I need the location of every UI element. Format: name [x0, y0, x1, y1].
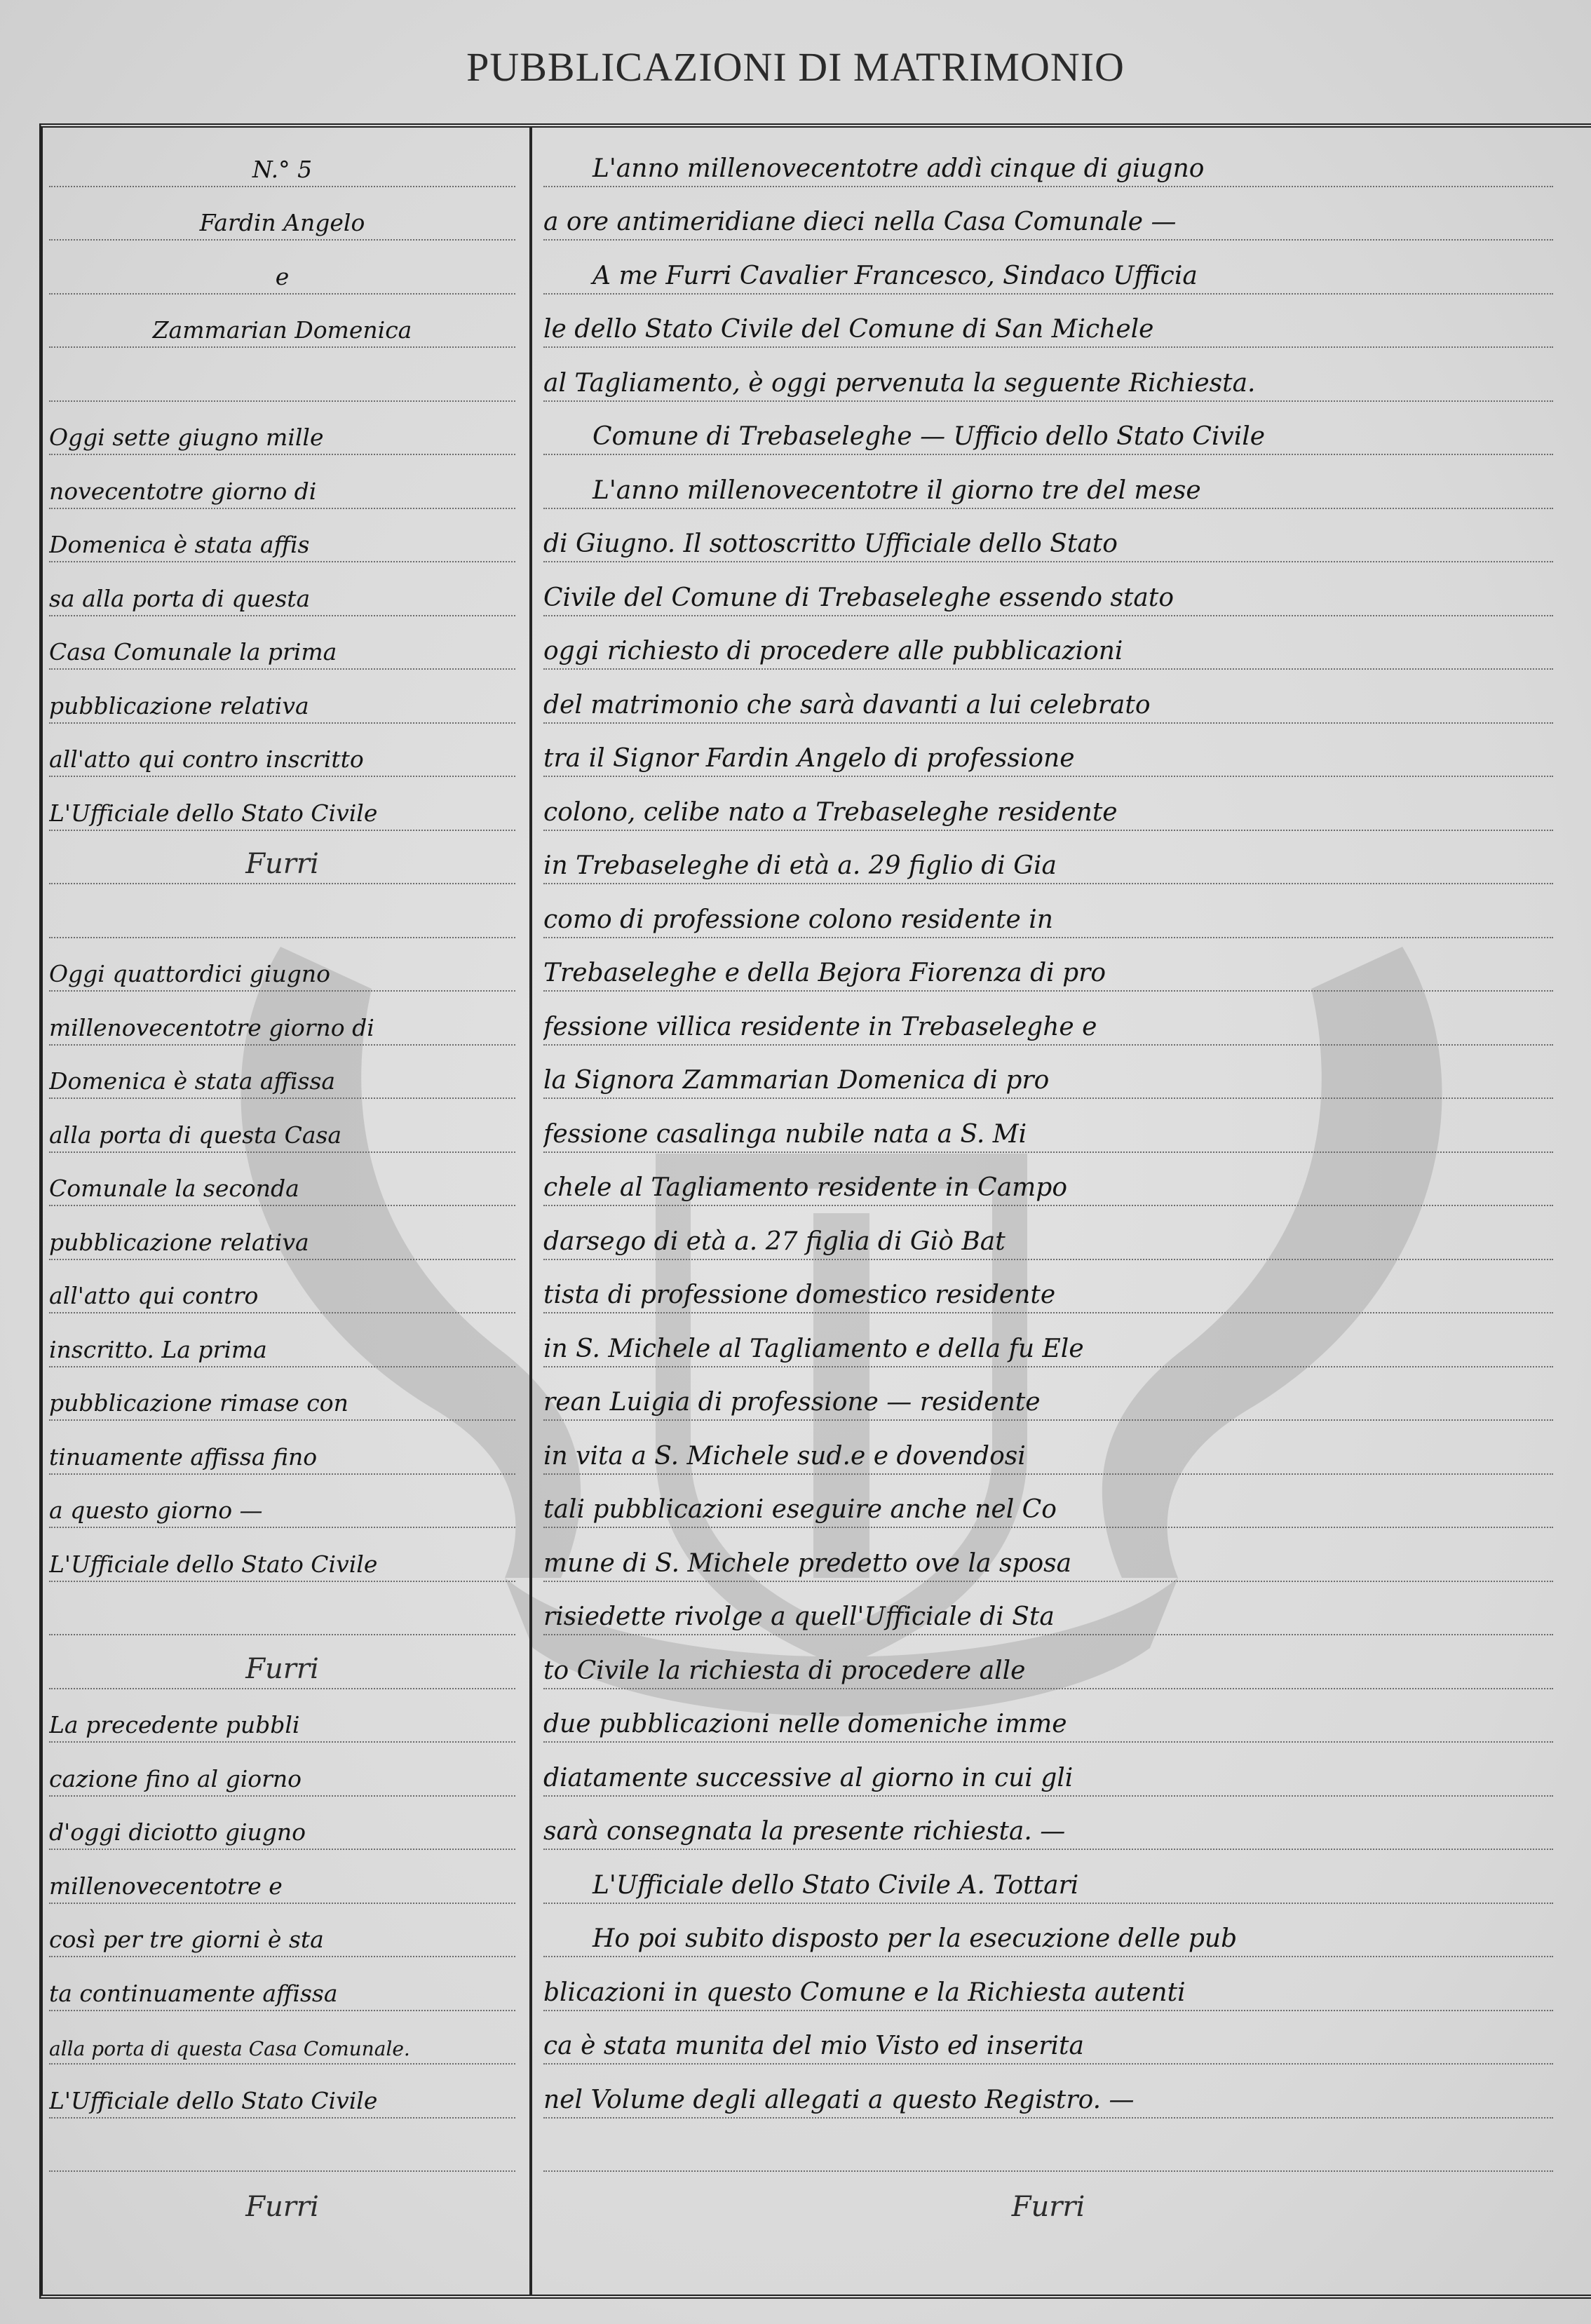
note-line-text: tinuamente affissa fino — [49, 1443, 317, 1471]
note-line: così per tre giorni è sta — [49, 1904, 515, 1958]
act-line: „la Signora Zammarian Domenica di pro — [543, 1046, 1553, 1100]
note-line-text: all'atto qui contro inscritto — [49, 745, 364, 773]
note-line-text: all'atto qui contro — [49, 1282, 258, 1309]
second-publication-note: Oggi quattordici giugno millenovecentotr… — [49, 938, 515, 1689]
note-line-text: pubblicazione relativa — [49, 692, 309, 720]
note-line: d'oggi diciotto giugno — [49, 1797, 515, 1851]
note-line-text: cazione fino al giorno — [49, 1765, 302, 1792]
act-line-text: to Civile la richiesta di procedere alle — [543, 1656, 1025, 1685]
groom-name: Fardin Angelo — [49, 187, 515, 241]
note-line: novecentotre giorno di — [49, 455, 515, 509]
act-line-text: Comune di Trebaseleghe — Ufficio dello S… — [593, 422, 1265, 451]
act-line-text: sarà consegnata la presente richiesta. — — [543, 1817, 1065, 1846]
signature-line: Furri — [49, 1635, 515, 1689]
first-publication-note: Oggi sette giugno mille novecentotre gio… — [49, 402, 515, 885]
note-line: Casa Comunale la prima — [49, 616, 515, 670]
act-line: „del matrimonio che sarà davanti a lui c… — [543, 670, 1553, 724]
act-line: a ore antimeridiane dieci nella Casa Com… — [543, 187, 1553, 241]
note-line: Oggi quattordici giugno — [49, 938, 515, 992]
act-line-text: a ore antimeridiane dieci nella Casa Com… — [543, 208, 1177, 236]
act-line-text: L'Ufficiale dello Stato Civile A. Tottar… — [593, 1871, 1078, 1900]
act-line-text: Civile del Comune di Trebaseleghe essend… — [543, 583, 1174, 612]
act-line-text: risiedette rivolge a quell'Ufficiale di … — [543, 1602, 1055, 1631]
blank-line — [49, 348, 515, 402]
act-line-text: Ho poi subito disposto per la esecuzione… — [593, 1924, 1237, 1953]
signature-line: Furri — [543, 2172, 1553, 2226]
act-number-text: N.° 5 — [252, 156, 312, 183]
act-line: „fessione villica residente in Trebasele… — [543, 992, 1553, 1046]
act-line: A me Furri Cavalier Francesco, Sindaco U… — [543, 241, 1553, 295]
act-line: „oggi richiesto di procedere alle pubbli… — [543, 616, 1553, 670]
bride-name-text: Zammarian Domenica — [153, 316, 412, 344]
act-number: N.° 5 — [49, 133, 515, 187]
act-line: „L'anno millenovecentotre il giorno tre … — [543, 455, 1553, 509]
note-line: alla porta di questa Casa Comunale. — [49, 2011, 515, 2065]
act-line-text: chele al Tagliamento residente in Campo — [543, 1173, 1067, 1202]
note-line: a questo giorno — — [49, 1475, 515, 1529]
note-line-text: Domenica è stata affissa — [49, 1067, 335, 1095]
note-line-text: Comunale la seconda — [49, 1175, 299, 1202]
act-line-text: in vita a S. Michele sud.e e dovendosi — [543, 1442, 1026, 1471]
signature-line: Furri — [49, 831, 515, 885]
act-line: „tra il Signor Fardin Angelo di professi… — [543, 724, 1553, 778]
note-line: L'Ufficiale dello Stato Civile — [49, 2065, 515, 2119]
signature-text: Furri — [245, 1653, 319, 1685]
act-line: „tista di professione domestico resident… — [543, 1260, 1553, 1314]
act-line-text: tista di professione domestico residente — [543, 1281, 1055, 1309]
conjunction-text: e — [276, 263, 290, 290]
act-line: „tali pubblicazioni eseguire anche nel C… — [543, 1475, 1553, 1529]
act-line-text: Trebaseleghe e della Bejora Fiorenza di … — [543, 959, 1106, 987]
note-line-text: così per tre giorni è sta — [49, 1926, 324, 1953]
note-line-text: La precedente pubbli — [49, 1711, 299, 1738]
act-line-text: fessione casalinga nubile nata a S. Mi — [543, 1120, 1027, 1149]
right-column-act-text: L'anno millenovecentotre addì cinque di … — [543, 133, 1553, 2226]
act-line-text: rean Luigia di professione — residente — [543, 1388, 1041, 1417]
note-line-text: novecentotre giorno di — [49, 478, 316, 505]
act-line: L'anno millenovecentotre addì cinque di … — [543, 133, 1553, 187]
act-line-text: la Signora Zammarian Domenica di pro — [543, 1066, 1049, 1095]
act-line: „diatamente successive al giorno in cui … — [543, 1743, 1553, 1797]
note-line: alla porta di questa Casa — [49, 1099, 515, 1153]
note-line-text: pubblicazione relativa — [49, 1229, 309, 1256]
act-line: „in vita a S. Michele sud.e e dovendosi — [543, 1421, 1553, 1475]
note-line-text: d'oggi diciotto giugno — [49, 1818, 306, 1846]
left-column-summary: N.° 5 Fardin Angelo e Zammarian Domenica… — [49, 133, 515, 2226]
act-line: „darsego di età a. 27 figlia di Giò Bat — [543, 1206, 1553, 1260]
note-line: sa alla porta di questa — [49, 562, 515, 616]
blank-line — [543, 2119, 1553, 2173]
blank-line — [49, 2119, 515, 2173]
act-line-text: A me Furri Cavalier Francesco, Sindaco U… — [593, 262, 1198, 290]
page-title: PUBBLICAZIONI DI MATRIMONIO — [0, 43, 1591, 90]
act-line-text: como di professione colono residente in — [543, 905, 1053, 934]
note-line-text: Domenica è stata affis — [49, 531, 309, 558]
act-line: „due pubblicazioni nelle domeniche imme — [543, 1689, 1553, 1743]
act-line-text: L'anno millenovecentotre il giorno tre d… — [593, 476, 1201, 505]
act-line: „colono, celibe nato a Trebaseleghe resi… — [543, 777, 1553, 831]
groom-name-text: Fardin Angelo — [200, 209, 365, 236]
act-line: „Comune di Trebaseleghe — Ufficio dello … — [543, 402, 1553, 456]
column-divider — [529, 128, 532, 2295]
note-line: pubblicazione rimase con — [49, 1367, 515, 1421]
act-line-text: oggi richiesto di procedere alle pubblic… — [543, 637, 1123, 666]
conjunction: e — [49, 241, 515, 295]
act-line-text: fessione villica residente in Trebaseleg… — [543, 1013, 1097, 1041]
act-line-text: del matrimonio che sarà davanti a lui ce… — [543, 691, 1151, 720]
act-line: „Trebaseleghe e della Bejora Fiorenza di… — [543, 938, 1553, 992]
note-line-text: pubblicazione rimase con — [49, 1389, 348, 1417]
note-line-text: a questo giorno — — [49, 1497, 263, 1524]
act-line-text: nel Volume degli allegati a questo Regis… — [543, 2086, 1135, 2114]
note-line: L'Ufficiale dello Stato Civile — [49, 1528, 515, 1582]
note-line: Comunale la seconda — [49, 1153, 515, 1207]
act-line: „risiedette rivolge a quell'Ufficiale di… — [543, 1582, 1553, 1636]
act-line: „L'Ufficiale dello Stato Civile A. Totta… — [543, 1850, 1553, 1904]
act-line: al Tagliamento, è oggi pervenuta la segu… — [543, 348, 1553, 402]
note-line: millenovecentotre e — [49, 1850, 515, 1904]
act-line: „di Giugno. Il sottoscritto Ufficiale de… — [543, 509, 1553, 563]
act-line-text: blicazioni in questo Comune e la Richies… — [543, 1978, 1186, 2007]
note-line-text: millenovecentotre e — [49, 1872, 283, 1900]
note-line: Domenica è stata affis — [49, 509, 515, 563]
act-line-text: mune di S. Michele predetto ove la sposa — [543, 1549, 1071, 1578]
note-line: all'atto qui contro — [49, 1260, 515, 1314]
signature-text: Furri — [1012, 2191, 1085, 2223]
note-line-text: ta continuamente affissa — [49, 1980, 338, 2007]
note-line-text: Oggi sette giugno mille — [49, 424, 324, 451]
note-line-text: sa alla porta di questa — [49, 585, 310, 612]
note-line-text: millenovecentotre giorno di — [49, 1014, 374, 1041]
act-line: „sarà consegnata la presente richiesta. … — [543, 1797, 1553, 1851]
signature-text: Furri — [245, 2191, 319, 2223]
act-line-text: colono, celibe nato a Trebaseleghe resid… — [543, 798, 1118, 827]
note-line-text: alla porta di questa Casa Comunale. — [49, 2037, 410, 2060]
act-line-text: al Tagliamento, è oggi pervenuta la segu… — [543, 369, 1255, 398]
final-publication-note: La precedente pubbli cazione fino al gio… — [49, 1689, 515, 2226]
note-line: inscritto. La prima — [49, 1313, 515, 1367]
act-line-text: diatamente successive al giorno in cui g… — [543, 1764, 1073, 1792]
act-line-text: due pubblicazioni nelle domeniche imme — [543, 1710, 1067, 1738]
note-line: ta continuamente affissa — [49, 1957, 515, 2011]
act-line: „in Trebaseleghe di età a. 29 figlio di … — [543, 831, 1553, 885]
note-line-text: L'Ufficiale dello Stato Civile — [49, 799, 377, 827]
note-line: millenovecentotre giorno di — [49, 992, 515, 1046]
note-line-text: L'Ufficiale dello Stato Civile — [49, 1551, 377, 1578]
act-line: blicazioni in questo Comune e la Richies… — [543, 1957, 1553, 2011]
act-line-text: in S. Michele al Tagliamento e della fu … — [543, 1335, 1084, 1363]
act-line-text: le dello Stato Civile del Comune di San … — [543, 315, 1154, 344]
act-line: Ho poi subito disposto per la esecuzione… — [543, 1904, 1553, 1958]
blank-line — [49, 884, 515, 938]
note-line: all'atto qui contro inscritto — [49, 724, 515, 778]
note-line: L'Ufficiale dello Stato Civile — [49, 777, 515, 831]
act-line: „mune di S. Michele predetto ove la spos… — [543, 1528, 1553, 1582]
act-line: „to Civile la richiesta di procedere all… — [543, 1635, 1553, 1689]
act-line: „Civile del Comune di Trebaseleghe essen… — [543, 562, 1553, 616]
note-line-text: inscritto. La prima — [49, 1336, 267, 1363]
act-line: nel Volume degli allegati a questo Regis… — [543, 2065, 1553, 2119]
act-line-text: tra il Signor Fardin Angelo di professio… — [543, 744, 1075, 773]
note-line-text: alla porta di questa Casa — [49, 1121, 341, 1149]
act-line: ca è stata munita del mio Visto ed inser… — [543, 2011, 1553, 2065]
signature-line: Furri — [49, 2172, 515, 2226]
note-line: cazione fino al giorno — [49, 1743, 515, 1797]
act-line-text: in Trebaseleghe di età a. 29 figlio di G… — [543, 851, 1057, 880]
note-line: Domenica è stata affissa — [49, 1046, 515, 1100]
act-line: „in S. Michele al Tagliamento e della fu… — [543, 1313, 1553, 1367]
note-line-text: L'Ufficiale dello Stato Civile — [49, 2087, 377, 2114]
act-line: „como di professione colono residente in — [543, 884, 1553, 938]
signature-text: Furri — [245, 848, 319, 880]
act-line: „chele al Tagliamento residente in Campo — [543, 1153, 1553, 1207]
act-line-text: di Giugno. Il sottoscritto Ufficiale del… — [543, 529, 1118, 558]
act-line: „rean Luigia di professione — residente — [543, 1367, 1553, 1421]
act-line: „fessione casalinga nubile nata a S. Mi — [543, 1099, 1553, 1153]
bride-name: Zammarian Domenica — [49, 295, 515, 349]
act-line-text: L'anno millenovecentotre addì cinque di … — [593, 154, 1204, 183]
note-line: tinuamente affissa fino — [49, 1421, 515, 1475]
blank-line — [49, 1582, 515, 1636]
note-line: La precedente pubbli — [49, 1689, 515, 1743]
note-line: pubblicazione relativa — [49, 670, 515, 724]
document-page: PUBBLICAZIONI DI MATRIMONIO N.° 5 Fardin… — [0, 0, 1591, 2324]
note-line-text: Oggi quattordici giugno — [49, 960, 330, 987]
note-line: pubblicazione relativa — [49, 1206, 515, 1260]
act-line: le dello Stato Civile del Comune di San … — [543, 295, 1553, 349]
act-line-text: tali pubblicazioni eseguire anche nel Co — [543, 1495, 1057, 1524]
act-line-text: darsego di età a. 27 figlia di Giò Bat — [543, 1227, 1006, 1256]
note-line-text: Casa Comunale la prima — [49, 638, 337, 666]
act-line-text: ca è stata munita del mio Visto ed inser… — [543, 2032, 1084, 2060]
note-line: Oggi sette giugno mille — [49, 402, 515, 456]
